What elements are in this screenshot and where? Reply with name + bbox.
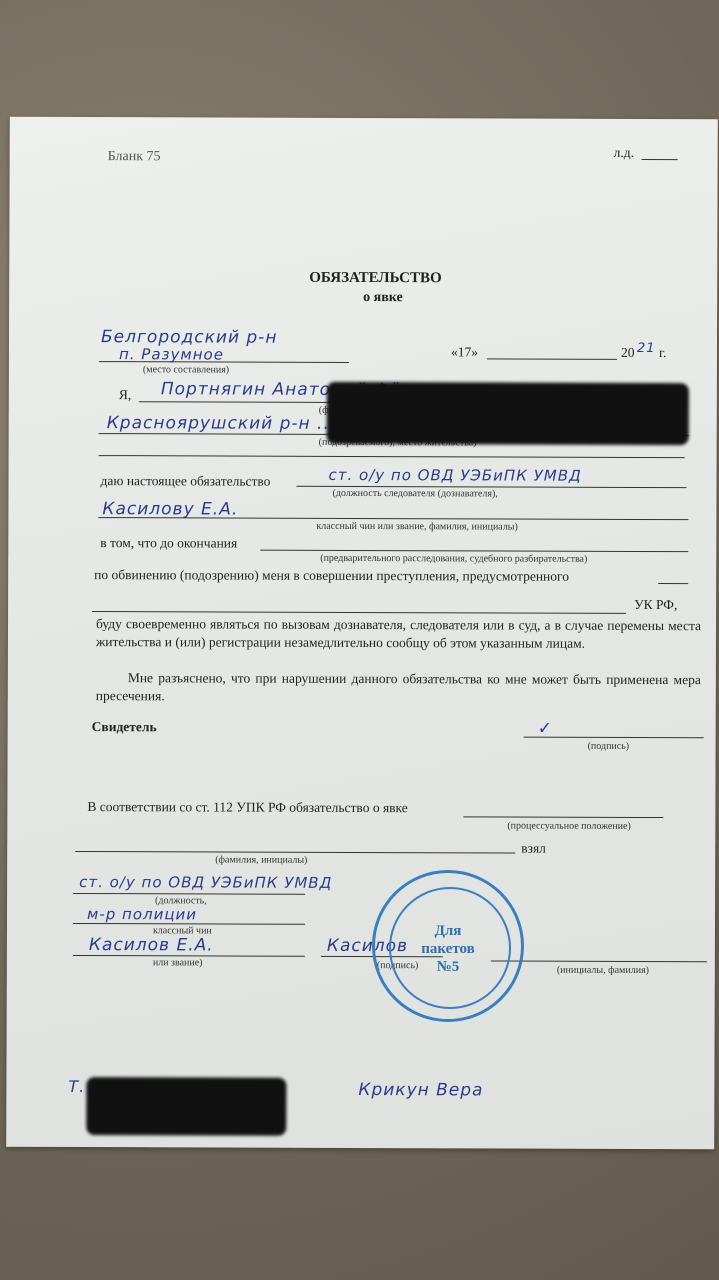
rank-caption: классный чин или звание, фамилия, инициа… bbox=[316, 521, 518, 533]
year-prefix: 20 bbox=[621, 345, 635, 361]
address-handwritten: Красноярушский р-н ... bbox=[107, 413, 337, 434]
date-day: «17» bbox=[451, 344, 478, 360]
redaction-box bbox=[327, 382, 689, 445]
doc-title: ОБЯЗАТЕЛЬСТВО bbox=[309, 270, 441, 287]
date-line bbox=[487, 358, 617, 359]
stamp-text-3: №5 bbox=[375, 959, 521, 976]
phone-redaction bbox=[86, 1077, 286, 1136]
initials-caption: (инициалы, фамилия) bbox=[557, 965, 649, 976]
uk-label: УК РФ, bbox=[634, 597, 677, 613]
case-sheet-line bbox=[642, 159, 678, 160]
took-label: взял bbox=[521, 841, 546, 857]
uk-line bbox=[92, 611, 626, 614]
note-handwritten: Крикун Вера bbox=[358, 1080, 483, 1100]
year-tail: г. bbox=[659, 345, 666, 361]
charge-label: по обвинению (подозрению) меня в соверше… bbox=[94, 567, 569, 585]
accordance-label: В соответствии со ст. 112 УПК РФ обязате… bbox=[87, 799, 407, 816]
stamp-text-2: пакетов bbox=[375, 941, 521, 958]
witness-sign-caption: (подпись) bbox=[588, 741, 630, 752]
position-caption: (должность следователя (дознавателя), bbox=[332, 488, 497, 500]
case-sheet-label: л.д. bbox=[614, 145, 634, 161]
officer-position-2: ст. о/у по ОВД УЭБиПК УМВД bbox=[79, 873, 332, 892]
year-suffix: 21 bbox=[637, 341, 656, 356]
give-label: даю настоящее обязательство bbox=[101, 473, 271, 490]
fio-line bbox=[75, 851, 515, 854]
blank-number: Бланк 75 bbox=[108, 149, 161, 165]
i-label: Я, bbox=[119, 387, 131, 403]
address-line-2 bbox=[99, 455, 685, 458]
witness-label: Свидетель bbox=[92, 719, 157, 735]
document-sheet: Бланк 75 л.д. ОБЯЗАТЕЛЬСТВО о явке Белго… bbox=[6, 117, 718, 1149]
procedural-line bbox=[463, 816, 663, 818]
fio-caption: (фамилия, инициалы) bbox=[215, 854, 307, 865]
stamp-text-1: Для bbox=[375, 923, 521, 940]
official-stamp: Для пакетов №5 bbox=[372, 870, 524, 1022]
officer-rank: м-р полиции bbox=[87, 905, 197, 923]
officer-position: ст. о/у по ОВД УЭБиПК УМВД bbox=[329, 466, 582, 485]
initials-line bbox=[491, 960, 707, 962]
doc-subtitle: о явке bbox=[363, 290, 403, 306]
place-caption: (место составления) bbox=[143, 364, 229, 375]
officer-name-2: Касилов Е.А. bbox=[89, 935, 214, 955]
charge-line bbox=[658, 583, 688, 584]
phone-label: Т. bbox=[68, 1077, 85, 1096]
warning-paragraph: Мне разъяснено, что при нарушении данног… bbox=[96, 669, 701, 707]
obligation-paragraph: буду своевременно являться по вызовам до… bbox=[96, 615, 701, 653]
until-line bbox=[260, 550, 688, 552]
until-caption: (предварительного расследования, судебно… bbox=[320, 553, 587, 565]
rank3-caption: или звание) bbox=[153, 957, 203, 968]
until-label: в том, что до окончания bbox=[100, 535, 237, 551]
procedural-caption: (процессуальное положение) bbox=[507, 821, 631, 832]
